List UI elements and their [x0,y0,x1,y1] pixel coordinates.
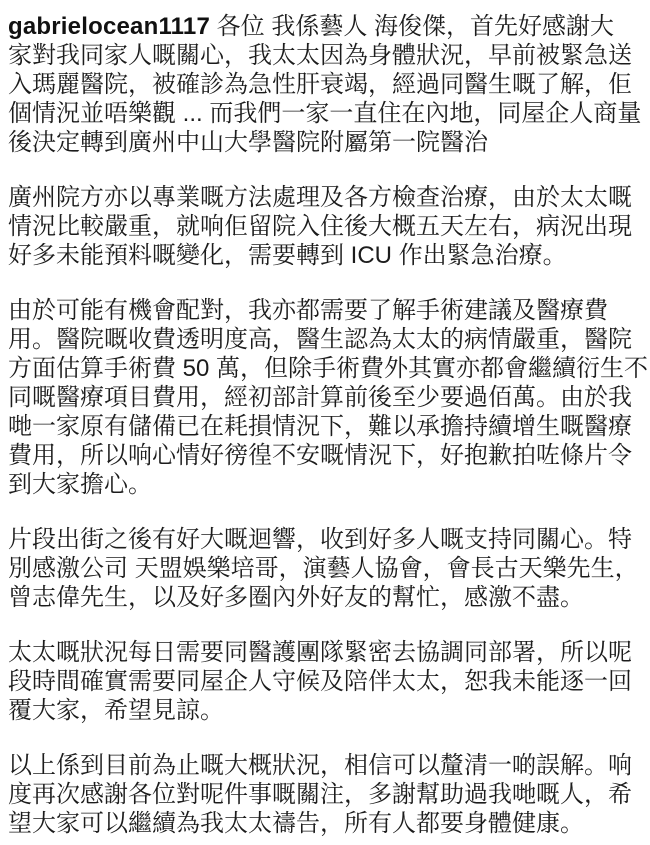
text-line: 度再次感謝各位對呢件事嘅關注，多謝幫助過我哋嘅人，希 [8,780,650,809]
caption-paragraph: 片段出街之後有好大嘅迴響，收到好多人嘅支持同關心。特別感激公司 天盟娛樂培哥，演… [8,525,650,612]
text-line: 以上係到目前為止嘅大概狀況，相信可以釐清一啲誤解。响 [8,751,650,780]
text-line: 費用，所以响心情好徬徨不安嘅情況下，好抱歉拍咗條片令 [8,441,650,470]
caption-paragraphs: gabrielocean1117 各位 我係藝人 海俊傑，首先好感謝大家對我同家… [8,12,650,838]
text-line: 由於可能有機會配對，我亦都需要了解手術建議及醫療費 [8,296,650,325]
text-line: 好多未能預料嘅變化，需要轉到 ICU 作出緊急治療。 [8,241,650,270]
text-line: 家對我同家人嘅關心，我太太因為身體狀況，早前被緊急送 [8,41,650,70]
text-line: 後決定轉到廣州中山大學醫院附屬第一院醫治 [8,128,650,157]
text-line: 別感激公司 天盟娛樂培哥，演藝人協會，會長古天樂先生， [8,554,650,583]
caption-paragraph: 廣州院方亦以專業嘅方法處理及各方檢查治療，由於太太嘅情況比較嚴重，就响佢留院入住… [8,183,650,270]
text-line: 入瑪麗醫院，被確診為急性肝衰竭，經過同醫生嘅了解，佢 [8,70,650,99]
text-line: 片段出街之後有好大嘅迴響，收到好多人嘅支持同關心。特 [8,525,650,554]
text-line: 望大家可以繼續為我太太禱告，所有人都要身體健康。 [8,809,650,838]
text-line: 曾志偉先生，以及好多圈內外好友的幫忙，感激不盡。 [8,583,650,612]
text-line: 同嘅醫療項目費用，經初部計算前後至少要過佰萬。由於我 [8,383,650,412]
username-link[interactable]: gabrielocean1117 [8,13,210,40]
caption-paragraph: 以上係到目前為止嘅大概狀況，相信可以釐清一啲誤解。响度再次感謝各位對呢件事嘅關注… [8,751,650,838]
text-line: 到大家擔心。 [8,470,650,499]
text-line: 用。醫院嘅收費透明度高，醫生認為太太的病情嚴重，醫院 [8,325,650,354]
text-line: 覆大家，希望見諒。 [8,696,650,725]
text-line: 個情況並唔樂觀 ... 而我們一家一直住在內地，同屋企人商量 [8,99,650,128]
text-line: 段時間確實需要同屋企人守候及陪伴太太，恕我未能逐一回 [8,667,650,696]
caption: gabrielocean1117 各位 我係藝人 海俊傑，首先好感謝大家對我同家… [0,0,650,845]
text-line: 情況比較嚴重，就响佢留院入住後大概五天左右，病況出現 [8,212,650,241]
text-line: 太太嘅狀況每日需要同醫護團隊緊密去協調同部署，所以呢 [8,638,650,667]
caption-paragraph: 太太嘅狀況每日需要同醫護團隊緊密去協調同部署，所以呢段時間確實需要同屋企人守候及… [8,638,650,725]
caption-paragraph: 由於可能有機會配對，我亦都需要了解手術建議及醫療費用。醫院嘅收費透明度高，醫生認… [8,296,650,499]
caption-paragraph: gabrielocean1117 各位 我係藝人 海俊傑，首先好感謝大家對我同家… [8,12,650,157]
text-line: gabrielocean1117 各位 我係藝人 海俊傑，首先好感謝大 [8,12,650,41]
text-line: 廣州院方亦以專業嘅方法處理及各方檢查治療，由於太太嘅 [8,183,650,212]
text-line: 方面估算手術費 50 萬，但除手術費外其實亦都會繼續衍生不 [8,354,650,383]
text-line: 哋一家原有儲備已在耗損情況下，難以承擔持續增生嘅醫療 [8,412,650,441]
